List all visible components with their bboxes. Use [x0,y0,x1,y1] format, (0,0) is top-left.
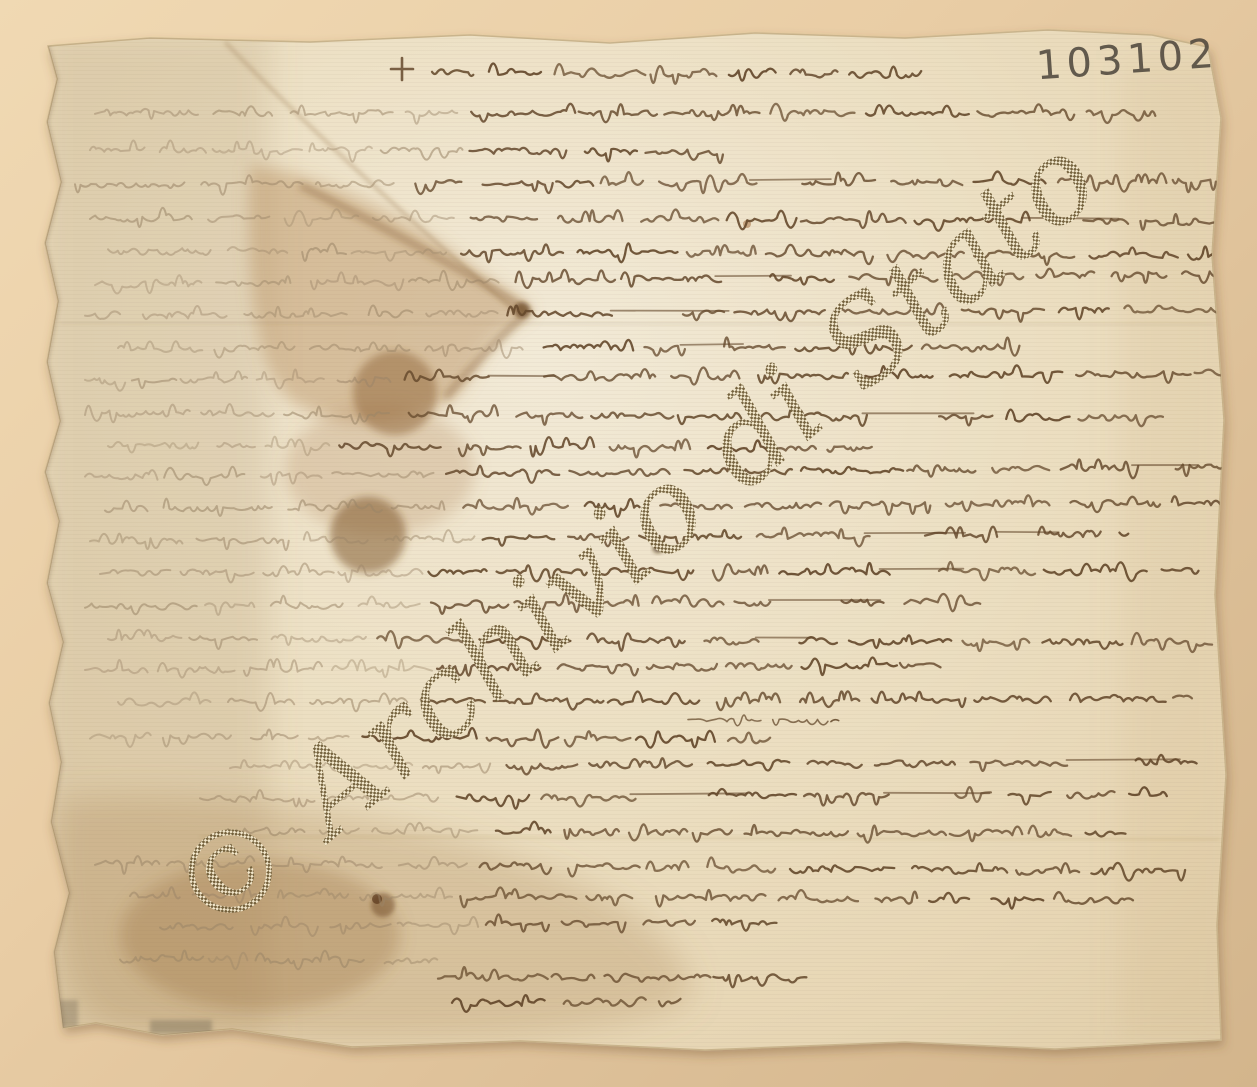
stain-blob [353,351,437,435]
aged-right-band [1120,60,1230,1040]
handwritten-word [1231,177,1241,180]
manuscript-scan: © Archivio di Stato 103102 [0,0,1257,1087]
paper-sheet-graphic: © Archivio di Stato [0,0,1257,1087]
flourish-stroke [680,344,743,345]
flourish-stroke [750,179,831,180]
archive-number: 103102 [1035,34,1220,87]
handwritten-word [1226,221,1231,224]
